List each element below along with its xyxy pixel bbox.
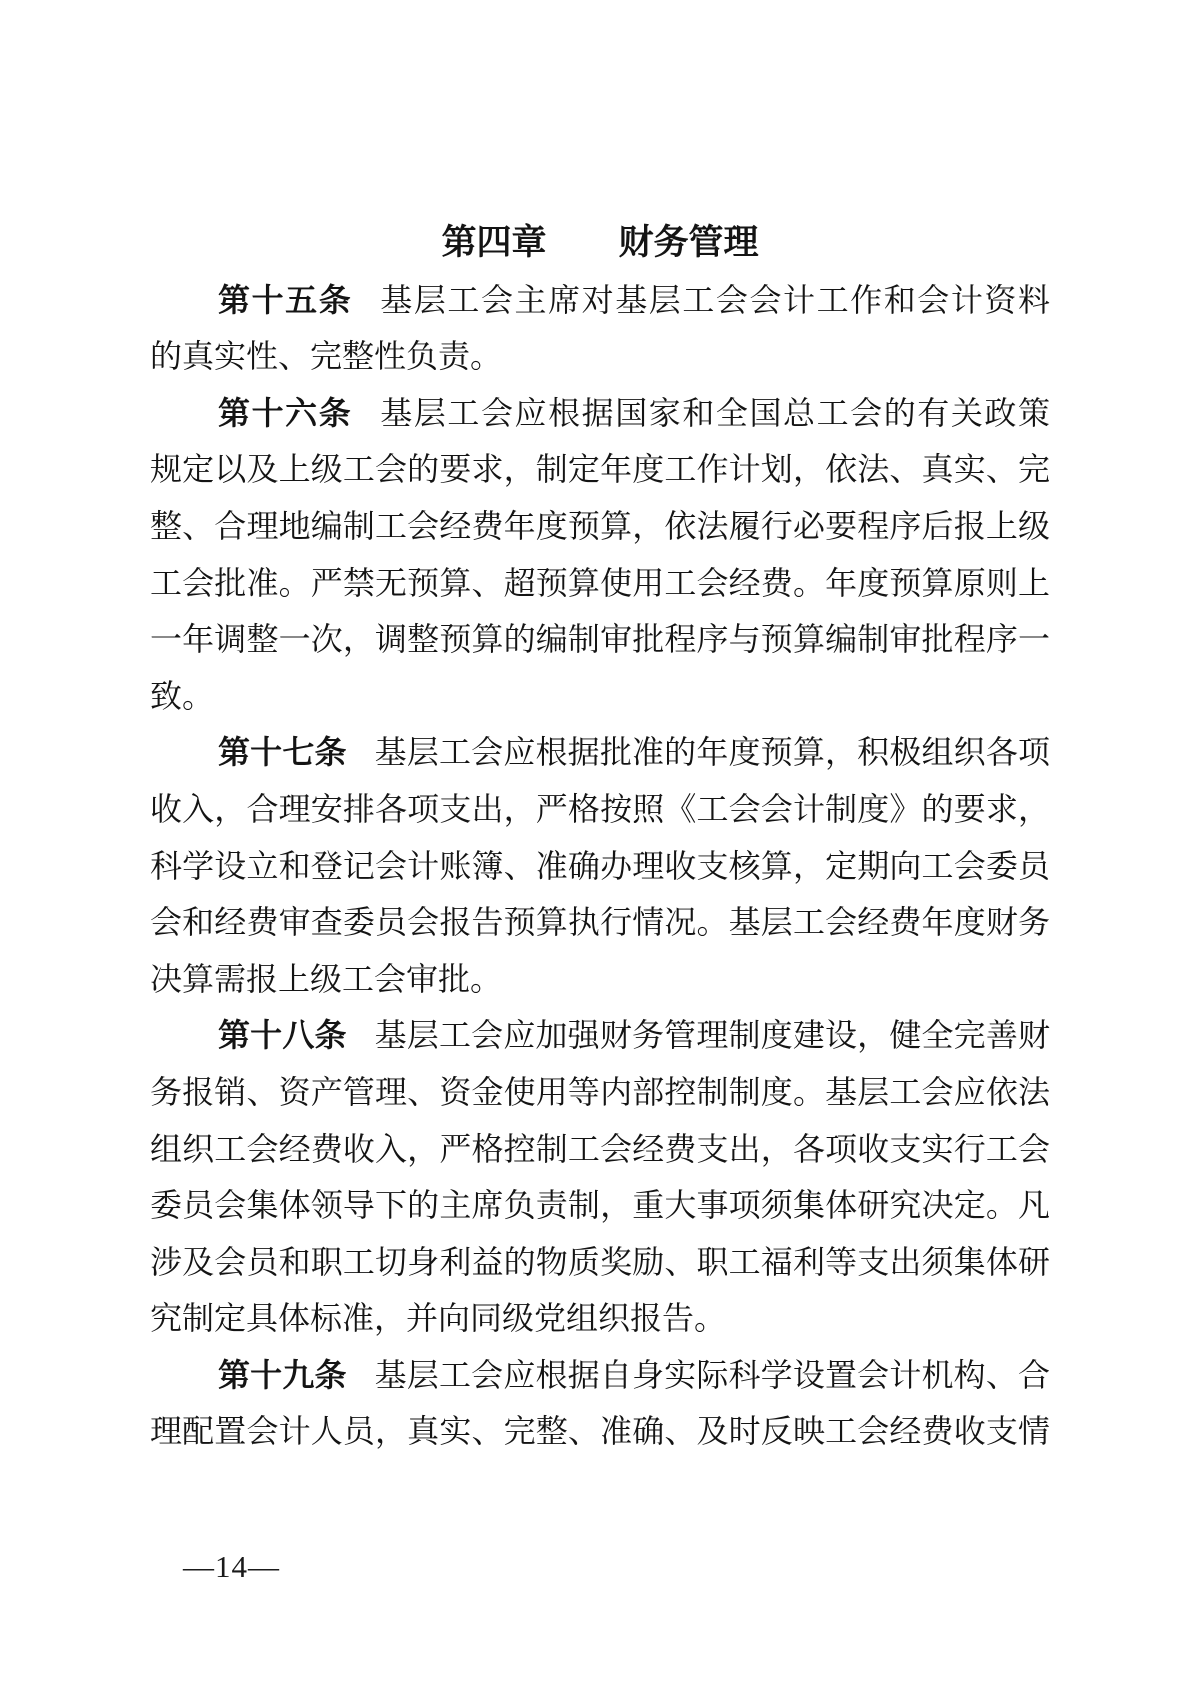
body-line: 务报销、资产管理、资金使用等内部控制制度。基层工会应依法	[150, 1064, 1050, 1121]
body-line: 组织工会经费收入，严格控制工会经费支出，各项收支实行工会	[150, 1121, 1050, 1178]
body-line: 第十八条基层工会应加强财务管理制度建设，健全完善财	[150, 1007, 1050, 1064]
article-17: 第十七条基层工会应根据批准的年度预算，积极组织各项 收入，合理安排各项支出，严格…	[150, 724, 1050, 1007]
body-line: 一年调整一次，调整预算的编制审批程序与预算编制审批程序一	[150, 611, 1050, 668]
article-number: 第十五条	[218, 282, 352, 318]
article-number: 第十九条	[218, 1357, 347, 1393]
article-19: 第十九条基层工会应根据自身实际科学设置会计机构、合 理配置会计人员，真实、完整、…	[150, 1347, 1050, 1460]
body-line: 致。	[150, 668, 1050, 725]
article-18: 第十八条基层工会应加强财务管理制度建设，健全完善财 务报销、资产管理、资金使用等…	[150, 1007, 1050, 1347]
body-line: 委员会集体领导下的主席负责制，重大事项须集体研究决定。凡	[150, 1177, 1050, 1234]
body-line: 规定以及上级工会的要求，制定年度工作计划，依法、真实、完	[150, 441, 1050, 498]
chapter-name: 财务管理	[619, 223, 759, 262]
article-number: 第十六条	[218, 395, 352, 431]
body-text: 基层工会主席对基层工会会计工作和会计资料	[380, 282, 1050, 318]
article-15: 第十五条基层工会主席对基层工会会计工作和会计资料 的真实性、完整性负责。	[150, 272, 1050, 385]
chapter-title: 第四章财务管理	[150, 215, 1050, 272]
body-line: 工会批准。严禁无预算、超预算使用工会经费。年度预算原则上	[150, 555, 1050, 612]
body-line: 第十九条基层工会应根据自身实际科学设置会计机构、合	[150, 1347, 1050, 1404]
body-line: 的真实性、完整性负责。	[150, 328, 1050, 385]
page-number: —14—	[183, 1549, 280, 1585]
body-text: 基层工会应加强财务管理制度建设，健全完善财	[375, 1017, 1050, 1053]
body-line: 会和经费审查委员会报告预算执行情况。基层工会经费年度财务	[150, 894, 1050, 951]
document-content: 第四章财务管理 第十五条基层工会主席对基层工会会计工作和会计资料 的真实性、完整…	[150, 215, 1050, 1460]
body-line: 第十七条基层工会应根据批准的年度预算，积极组织各项	[150, 724, 1050, 781]
body-line: 决算需报上级工会审批。	[150, 951, 1050, 1008]
article-number: 第十七条	[218, 734, 347, 770]
article-number: 第十八条	[218, 1017, 347, 1053]
body-text: 基层工会应根据批准的年度预算，积极组织各项	[375, 734, 1050, 770]
body-line: 理配置会计人员，真实、完整、准确、及时反映工会经费收支情	[150, 1403, 1050, 1460]
body-line: 究制定具体标准，并向同级党组织报告。	[150, 1290, 1050, 1347]
article-16: 第十六条基层工会应根据国家和全国总工会的有关政策 规定以及上级工会的要求，制定年…	[150, 385, 1050, 725]
chapter-number: 第四章	[441, 223, 546, 262]
document-page: 第四章财务管理 第十五条基层工会主席对基层工会会计工作和会计资料 的真实性、完整…	[0, 0, 1199, 1696]
body-text: 基层工会应根据国家和全国总工会的有关政策	[380, 395, 1050, 431]
body-line: 涉及会员和职工切身利益的物质奖励、职工福利等支出须集体研	[150, 1234, 1050, 1291]
body-line: 整、合理地编制工会经费年度预算，依法履行必要程序后报上级	[150, 498, 1050, 555]
body-text: 基层工会应根据自身实际科学设置会计机构、合	[375, 1357, 1050, 1393]
body-line: 第十五条基层工会主席对基层工会会计工作和会计资料	[150, 272, 1050, 329]
body-line: 收入，合理安排各项支出，严格按照《工会会计制度》的要求，	[150, 781, 1050, 838]
body-line: 科学设立和登记会计账簿、准确办理收支核算，定期向工会委员	[150, 838, 1050, 895]
body-line: 第十六条基层工会应根据国家和全国总工会的有关政策	[150, 385, 1050, 442]
